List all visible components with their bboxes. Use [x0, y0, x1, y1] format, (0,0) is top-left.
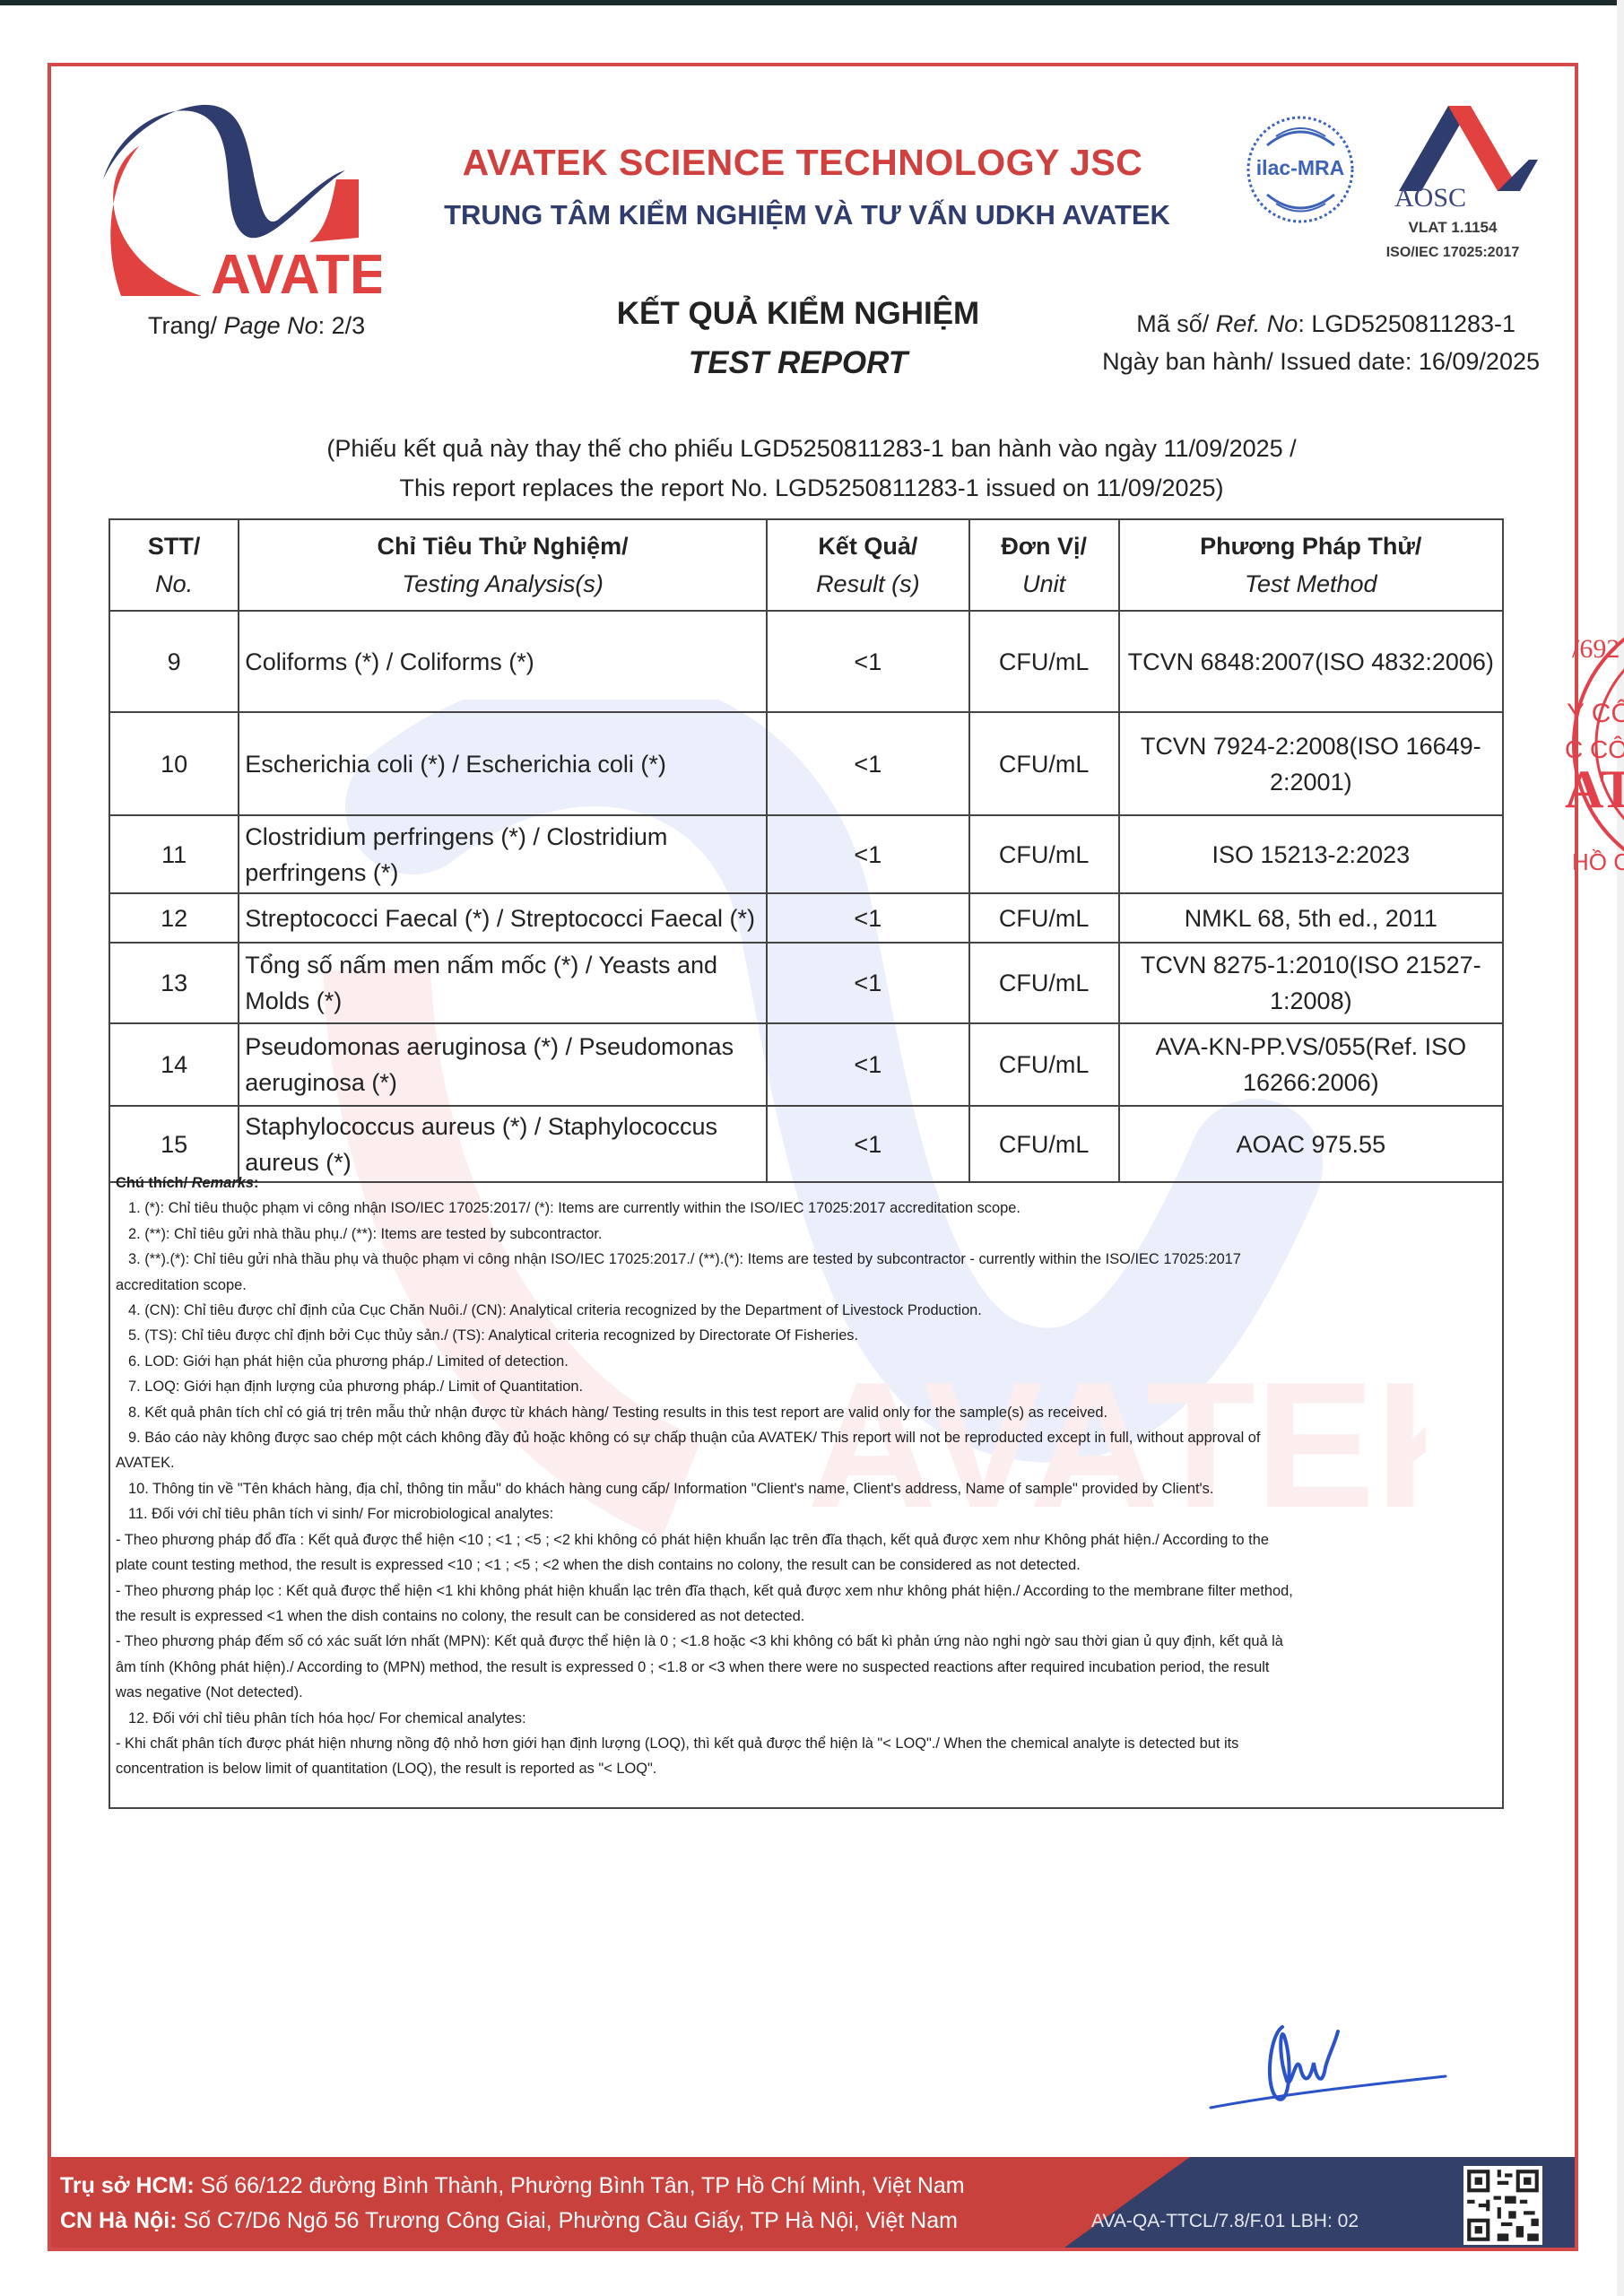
row-unit: CFU/mL: [969, 712, 1119, 815]
ilac-mra-logo: ilac-MRA: [1245, 109, 1357, 230]
issued-value: 16/09/2025: [1419, 348, 1540, 375]
table-row: 13Tổng số nấm men nấm mốc (*) / Yeasts a…: [109, 943, 1503, 1023]
remark-line: - Theo phương pháp lọc : Kết quả được th…: [116, 1578, 1497, 1604]
table-header-row: STT/No. Chỉ Tiêu Thử Nghiệm/Testing Anal…: [109, 519, 1503, 611]
remark-line: 12. Đối với chỉ tiêu phân tích hóa học/ …: [116, 1706, 1497, 1731]
avatek-logo: AVATEK: [85, 85, 381, 305]
row-unit: CFU/mL: [969, 943, 1119, 1023]
col-header-no: STT/No.: [109, 519, 239, 611]
report-title-en: TEST REPORT: [538, 345, 1058, 381]
replacement-note-vn: (Phiếu kết quả này thay thế cho phiếu LG…: [215, 429, 1408, 468]
remark-line: was negative (Not detected).: [116, 1680, 1497, 1705]
ref-label-vn: Mã số/: [1136, 310, 1216, 337]
row-method: AVA-KN-PP.VS/055(Ref. ISO 16266:2006): [1119, 1023, 1503, 1106]
scan-edge-right: [1617, 0, 1624, 2296]
row-unit: CFU/mL: [969, 611, 1119, 712]
ref-value: : LGD5250811283-1: [1298, 310, 1515, 337]
remark-line: 5. (TS): Chỉ tiêu được chỉ định bởi Cục …: [116, 1323, 1497, 1348]
stamp-text-5: HỒ C: [1572, 848, 1624, 875]
page-number: Trang/ Page No: 2/3: [148, 312, 365, 340]
results-table: STT/No. Chỉ Tiêu Thử Nghiệm/Testing Anal…: [109, 518, 1504, 1183]
row-number: 10: [109, 712, 239, 815]
row-number: 14: [109, 1023, 239, 1106]
row-result: <1: [767, 815, 969, 893]
page-label-vn: Trang/: [148, 312, 224, 339]
table-row: 14Pseudomonas aeruginosa (*) / Pseudomon…: [109, 1023, 1503, 1106]
col-header-unit: Đơn Vị/Unit: [969, 519, 1119, 611]
table-row: 10Escherichia coli (*) / Escherichia col…: [109, 712, 1503, 815]
footer-bar: Trụ sở HCM: Số 66/122 đường Bình Thành, …: [51, 2157, 1575, 2248]
aosc-logo: AOSC: [1385, 106, 1547, 267]
row-analysis: Streptococci Faecal (*) / Streptococci F…: [239, 893, 767, 943]
issued-date: Ngày ban hành/ Issued date: 16/09/2025: [986, 348, 1540, 376]
stamp-text-1: /692: [1572, 634, 1620, 664]
remarks-title: Chú thích/ Remarks:: [116, 1170, 1497, 1196]
col-header-result: Kết Quả/Result (s): [767, 519, 969, 611]
remark-line: plate count testing method, the result i…: [116, 1552, 1497, 1578]
table-row: 11Clostridium perfringens (*) / Clostrid…: [109, 815, 1503, 893]
address-hcm: Trụ sở HCM: Số 66/122 đường Bình Thành, …: [60, 2173, 965, 2199]
remark-line: 3. (**).(*): Chỉ tiêu gửi nhà thầu phụ v…: [116, 1247, 1497, 1272]
logo-text: AVATEK: [211, 244, 381, 305]
address-hanoi: CN Hà Nội: Số C7/D6 Ngõ 56 Trương Công G…: [60, 2208, 958, 2234]
row-method: TCVN 7924-2:2008(ISO 16649-2:2001): [1119, 712, 1503, 815]
row-analysis: Tổng số nấm men nấm mốc (*) / Yeasts and…: [239, 943, 767, 1023]
row-method: NMKL 68, 5th ed., 2011: [1119, 893, 1503, 943]
remarks-section: Chú thích/ Remarks: 1. (*): Chỉ tiêu thu…: [109, 1161, 1504, 1809]
remark-line: AVATEK.: [116, 1450, 1497, 1475]
report-title-vn: KẾT QUẢ KIỂM NGHIỆM: [538, 296, 1058, 332]
row-method: ISO 15213-2:2023: [1119, 815, 1503, 893]
remark-line: 9. Báo cáo này không được sao chép một c…: [116, 1425, 1497, 1450]
page-value: : 2/3: [318, 312, 366, 339]
remark-line: 6. LOD: Giới hạn phát hiện của phương ph…: [116, 1349, 1497, 1374]
row-result: <1: [767, 712, 969, 815]
remark-line: concentration is below limit of quantita…: [116, 1756, 1497, 1781]
row-method: TCVN 8275-1:2010(ISO 21527-1:2008): [1119, 943, 1503, 1023]
row-analysis: Coliforms (*) / Coliforms (*): [239, 611, 767, 712]
row-number: 12: [109, 893, 239, 943]
remark-line: - Theo phương pháp đếm số có xác suất lớ…: [116, 1629, 1497, 1654]
remark-line: 4. (CN): Chỉ tiêu được chỉ định của Cục …: [116, 1298, 1497, 1323]
remark-line: 1. (*): Chỉ tiêu thuộc phạm vi công nhận…: [116, 1196, 1497, 1221]
aosc-vlat: VLAT 1.1154: [1381, 219, 1524, 237]
row-result: <1: [767, 893, 969, 943]
stamp-text-4: ATE: [1565, 760, 1624, 819]
table-row: 9Coliforms (*) / Coliforms (*)<1CFU/mLTC…: [109, 611, 1503, 712]
row-analysis: Escherichia coli (*) / Escherichia coli …: [239, 712, 767, 815]
ref-label-en: Ref. No: [1216, 310, 1298, 337]
aosc-text: AOSC: [1394, 183, 1466, 213]
signature: [1184, 2000, 1453, 2117]
remark-line: 10. Thông tin về "Tên khách hàng, địa ch…: [116, 1476, 1497, 1501]
row-analysis: Pseudomonas aeruginosa (*) / Pseudomonas…: [239, 1023, 767, 1106]
row-number: 11: [109, 815, 239, 893]
row-number: 9: [109, 611, 239, 712]
row-method: TCVN 6848:2007(ISO 4832:2006): [1119, 611, 1503, 712]
company-subtitle: TRUNG TÂM KIỂM NGHIỆM VÀ TƯ VẤN UDKH AVA…: [404, 199, 1211, 231]
row-result: <1: [767, 611, 969, 712]
scan-edge-top: [0, 0, 1624, 5]
replacement-note-en: This report replaces the report No. LGD5…: [215, 468, 1408, 508]
reference-number: Mã số/ Ref. No: LGD5250811283-1: [986, 310, 1515, 338]
remark-line: 8. Kết quả phân tích chỉ có giá trị trên…: [116, 1400, 1497, 1425]
row-analysis: Clostridium perfringens (*) / Clostridiu…: [239, 815, 767, 893]
remark-line: the result is expressed <1 when the dish…: [116, 1604, 1497, 1629]
remark-line: - Khi chất phân tích được phát hiện nhưn…: [116, 1731, 1497, 1756]
row-unit: CFU/mL: [969, 1023, 1119, 1106]
ilac-text: ilac-MRA: [1256, 156, 1344, 179]
aosc-iso: ISO/IEC 17025:2017: [1363, 245, 1542, 261]
col-header-analysis: Chỉ Tiêu Thử Nghiệm/Testing Analysis(s): [239, 519, 767, 611]
remark-line: âm tính (Không phát hiện)./ According to…: [116, 1655, 1497, 1680]
stamp-text-2: Y CỔ P: [1567, 698, 1624, 728]
remark-line: accreditation scope.: [116, 1273, 1497, 1298]
row-result: <1: [767, 1023, 969, 1106]
page-label-en: Page No: [224, 312, 318, 339]
form-code: AVA-QA-TTCL/7.8/F.01 LBH: 02: [1091, 2211, 1359, 2232]
col-header-method: Phương Pháp Thử/Test Method: [1119, 519, 1503, 611]
row-result: <1: [767, 943, 969, 1023]
company-stamp: /692 Y CỔ P C CÔNG ATE HỒ C: [1565, 596, 1624, 892]
remark-line: 7. LOQ: Giới hạn định lượng của phương p…: [116, 1374, 1497, 1399]
row-unit: CFU/mL: [969, 815, 1119, 893]
table-row: 12Streptococci Faecal (*) / Streptococci…: [109, 893, 1503, 943]
row-unit: CFU/mL: [969, 893, 1119, 943]
remark-line: - Theo phương pháp đổ đĩa : Kết quả được…: [116, 1527, 1497, 1552]
remark-line: 2. (**): Chỉ tiêu gửi nhà thầu phụ./ (**…: [116, 1222, 1497, 1247]
remark-line: 11. Đối với chỉ tiêu phân tích vi sinh/ …: [116, 1501, 1497, 1526]
replacement-note: (Phiếu kết quả này thay thế cho phiếu LG…: [215, 429, 1408, 508]
issued-label: Ngày ban hành/ Issued date:: [1102, 348, 1419, 375]
company-name: AVATEK SCIENCE TECHNOLOGY JSC: [421, 142, 1184, 184]
row-number: 13: [109, 943, 239, 1023]
qr-code-icon[interactable]: [1463, 2166, 1542, 2245]
